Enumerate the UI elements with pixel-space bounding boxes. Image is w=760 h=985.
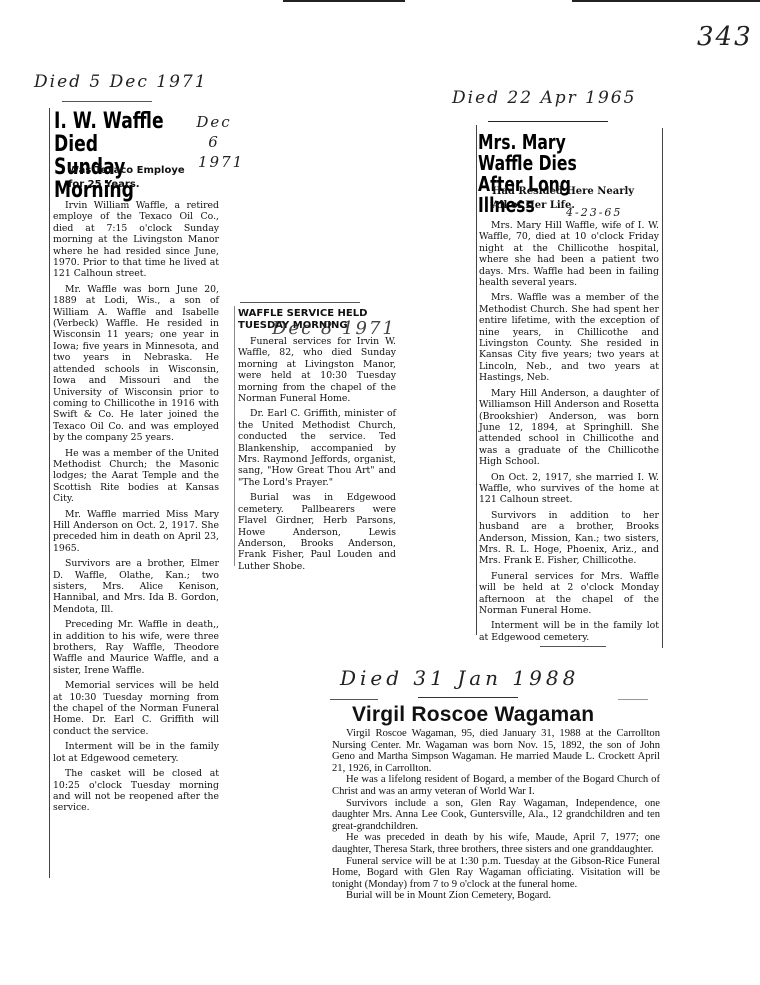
subhead-iw-waffle: Was Texaco Employe for 25 Years. — [68, 164, 185, 191]
subhead-line-1: Had Resided Here Nearly — [492, 185, 634, 199]
handwritten-death-date-mary-waffle: Died 22 Apr 1965 — [452, 88, 636, 108]
paragraph: Survivors are a brother, Elmer D. Waffle… — [53, 558, 219, 615]
paragraph: He was preceded in death by his wife, Ma… — [332, 832, 660, 855]
headline-line-1: Mrs. Mary Waffle Dies — [478, 132, 618, 174]
article-body-mary-waffle: Mrs. Mary Hill Waffle, wife of I. W. Waf… — [479, 220, 659, 647]
margin-note-date: Dec 6 1971 — [184, 112, 244, 172]
handwritten-death-date-iw-waffle: Died 5 Dec 1971 — [34, 72, 208, 92]
margin-note-year: 1971 — [198, 152, 244, 172]
paragraph: Survivors include a son, Glen Ray Wagama… — [332, 798, 660, 833]
clipping-top-rule-wagaman-mid — [418, 697, 518, 698]
paragraph: Interment will be in the family lot at E… — [53, 741, 219, 764]
paragraph: Mrs. Mary Hill Waffle, wife of I. W. Waf… — [479, 220, 659, 288]
margin-note-month: Dec — [184, 112, 244, 132]
clipping-right-border-mary — [662, 128, 663, 648]
page-number-handwritten: 343 — [697, 22, 753, 52]
scan-edge-rule-right — [572, 0, 760, 2]
paragraph: Dr. Earl C. Griffith, minister of the Un… — [238, 408, 396, 488]
handwritten-death-date-wagaman: Died 31 Jan 1988 — [340, 666, 579, 690]
paragraph: The casket will be closed at 10:25 o'clo… — [53, 768, 219, 814]
paragraph: Interment will be in the family lot at E… — [479, 620, 659, 643]
paragraph: Survivors in addition to her husband are… — [479, 510, 659, 567]
paragraph: Funeral service will be at 1:30 p.m. Tue… — [332, 856, 660, 891]
paragraph: Mr. Waffle was born June 20, 1889 at Lod… — [53, 284, 219, 444]
paragraph: He was a lifelong resident of Bogard, a … — [332, 774, 660, 797]
clipping-left-border — [49, 108, 50, 878]
subhead-line-2: for 25 Years. — [68, 178, 185, 192]
paragraph: Memorial services will be held at 10:30 … — [53, 680, 219, 737]
article-body-waffle-service: Funeral services for Irvin W. Waffle, 82… — [238, 336, 396, 576]
clipping-top-rule-wagaman-right — [618, 699, 648, 700]
paragraph: Mary Hill Anderson, a daughter of Willia… — [479, 388, 659, 468]
paragraph: On Oct. 2, 1917, she married I. W. Waffl… — [479, 472, 659, 506]
headline-wagaman: Virgil Roscoe Wagaman — [352, 703, 594, 727]
clipping-top-rule-wagaman-left — [330, 699, 378, 700]
paragraph: He was a member of the United Methodist … — [53, 448, 219, 505]
headline-line-1: I. W. Waffle Died — [54, 110, 194, 156]
clipping-left-border-service — [234, 306, 235, 566]
margin-note-mary: 4-23-65 — [566, 206, 622, 219]
paragraph: Mrs. Waffle was a member of the Methodis… — [479, 292, 659, 383]
margin-note-day: 6 — [184, 132, 244, 152]
clipping-left-border-mary — [476, 125, 477, 635]
clipping-top-rule-service — [240, 302, 360, 303]
article-body-wagaman: Virgil Roscoe Wagaman, 95, died January … — [332, 728, 660, 902]
clipping-top-rule — [62, 101, 152, 102]
scan-edge-rule-left — [283, 0, 405, 2]
paragraph: Burial will be in Mount Zion Cemetery, B… — [332, 890, 660, 902]
paragraph: Funeral services for Mrs. Waffle will be… — [479, 571, 659, 617]
clipping-top-rule-mary — [488, 121, 608, 122]
subhead-line-1: Was Texaco Employe — [68, 164, 185, 178]
paragraph: Preceding Mr. Waffle in death,, in addit… — [53, 619, 219, 676]
clipping-bottom-rule-mary — [540, 646, 606, 647]
paragraph: Funeral services for Irvin W. Waffle, 82… — [238, 336, 396, 404]
paragraph: Virgil Roscoe Wagaman, 95, died January … — [332, 728, 660, 774]
article-body-iw-waffle: Irvin William Waffle, a retired employe … — [53, 200, 219, 818]
paragraph: Mr. Waffle married Miss Mary Hill Anders… — [53, 509, 219, 555]
paragraph: Burial was in Edgewood cemetery. Pallbea… — [238, 492, 396, 572]
paragraph: Irvin William Waffle, a retired employe … — [53, 200, 219, 280]
